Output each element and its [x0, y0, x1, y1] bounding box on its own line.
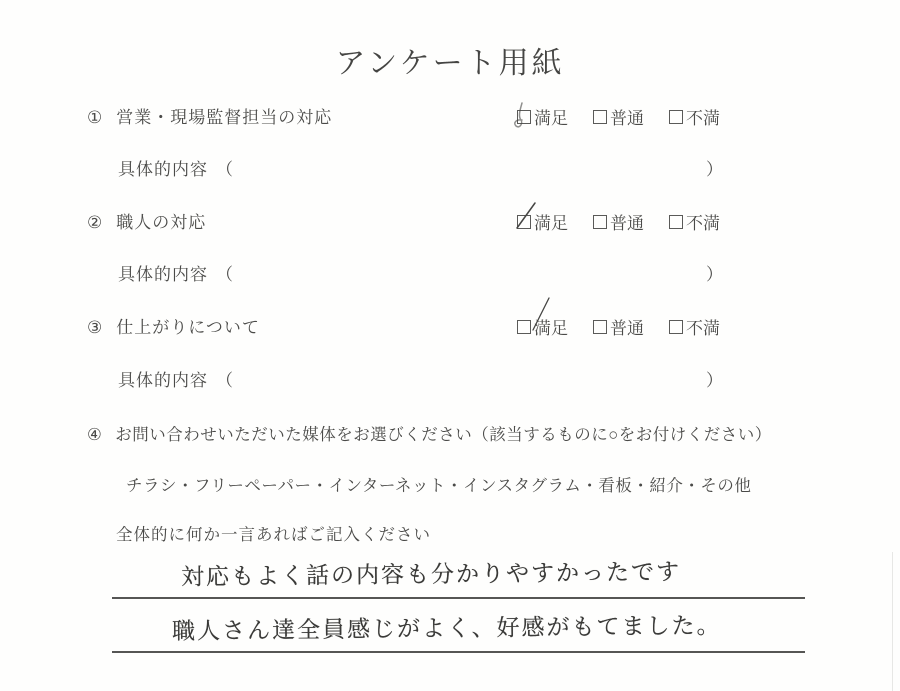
paren-open: （ — [216, 366, 233, 391]
question-3-row: ③仕上がりについて — [87, 313, 260, 338]
handwritten-comment-line-2: 職人さん達全員感じがよく、好感がもてました。 — [172, 607, 722, 646]
writing-rule-line-1 — [112, 597, 805, 599]
question-2-label: 職人の対応 — [116, 213, 206, 232]
option-satisfied: 満足 — [517, 104, 568, 129]
scan-edge-artifact — [892, 552, 893, 691]
question-1-label: 営業・現場監督担当の対応 — [116, 108, 332, 127]
question-1-options: 満足 普通 不満 — [517, 104, 720, 129]
option-normal-label: 普通 — [610, 104, 644, 129]
option-satisfied-label: 満足 — [534, 209, 568, 234]
checkbox-satisfied — [517, 110, 531, 124]
paren-open: （ — [216, 260, 233, 285]
checkbox-satisfied — [517, 320, 531, 334]
paren-close: ） — [706, 155, 723, 180]
checkbox-normal — [593, 320, 607, 334]
option-normal-label: 普通 — [610, 209, 644, 234]
question-1-row: ①営業・現場監督担当の対応 — [87, 103, 332, 128]
handwritten-comment-line-1: 対応もよく話の内容も分かりやすかったです — [181, 553, 681, 591]
question-3-label: 仕上がりについて — [116, 318, 260, 337]
option-dissatisfied: 不満 — [669, 209, 720, 234]
question-4-number: ④ — [87, 425, 102, 445]
question-4-row: ④お問い合わせいただいた媒体をお選びください（該当するものに○をお付けください） — [87, 421, 772, 445]
question-2-row: ②職人の対応 — [87, 208, 206, 233]
question-4-label: お問い合わせいただいた媒体をお選びください（該当するものに○をお付けください） — [115, 425, 771, 444]
option-dissatisfied-label: 不満 — [686, 104, 720, 129]
detail-label: 具体的内容 — [118, 260, 208, 285]
free-comment-label: 全体的に何か一言あればご記入ください — [116, 521, 431, 545]
checkbox-dissatisfied — [669, 110, 683, 124]
option-normal-label: 普通 — [610, 314, 644, 339]
checkbox-dissatisfied — [669, 215, 683, 229]
option-dissatisfied: 不満 — [669, 104, 720, 129]
checkbox-normal — [593, 215, 607, 229]
option-dissatisfied: 不満 — [669, 314, 720, 339]
checkbox-dissatisfied — [669, 320, 683, 334]
option-satisfied-label: 満足 — [534, 104, 568, 129]
paren-close: ） — [706, 260, 723, 285]
page-title: アンケート用紙 — [0, 38, 900, 82]
media-options-line: チラシ・フリーペーパー・インターネット・インスタグラム・看板・紹介・その他 — [126, 472, 751, 496]
option-dissatisfied-label: 不満 — [686, 209, 720, 234]
question-3-number: ③ — [87, 318, 103, 338]
paren-open: （ — [216, 155, 233, 180]
option-dissatisfied-label: 不満 — [686, 314, 720, 339]
question-2-number: ② — [87, 213, 103, 233]
option-satisfied-label: 満足 — [534, 314, 568, 339]
option-satisfied: 満足 — [517, 314, 568, 339]
scanned-survey-form: アンケート用紙 ①営業・現場監督担当の対応 満足 普通 不満 具体的内容 （ ）… — [0, 0, 900, 691]
writing-rule-line-2 — [112, 651, 805, 653]
paren-close: ） — [706, 366, 723, 391]
question-2-options: 満足 普通 不満 — [517, 209, 720, 234]
checkbox-satisfied — [517, 215, 531, 229]
option-satisfied: 満足 — [517, 209, 568, 234]
option-normal: 普通 — [593, 209, 644, 234]
question-3-options: 満足 普通 不満 — [517, 314, 720, 339]
detail-label: 具体的内容 — [118, 366, 208, 391]
option-normal: 普通 — [593, 314, 644, 339]
option-normal: 普通 — [593, 104, 644, 129]
checkbox-normal — [593, 110, 607, 124]
detail-label: 具体的内容 — [118, 155, 208, 180]
question-1-number: ① — [87, 108, 103, 128]
